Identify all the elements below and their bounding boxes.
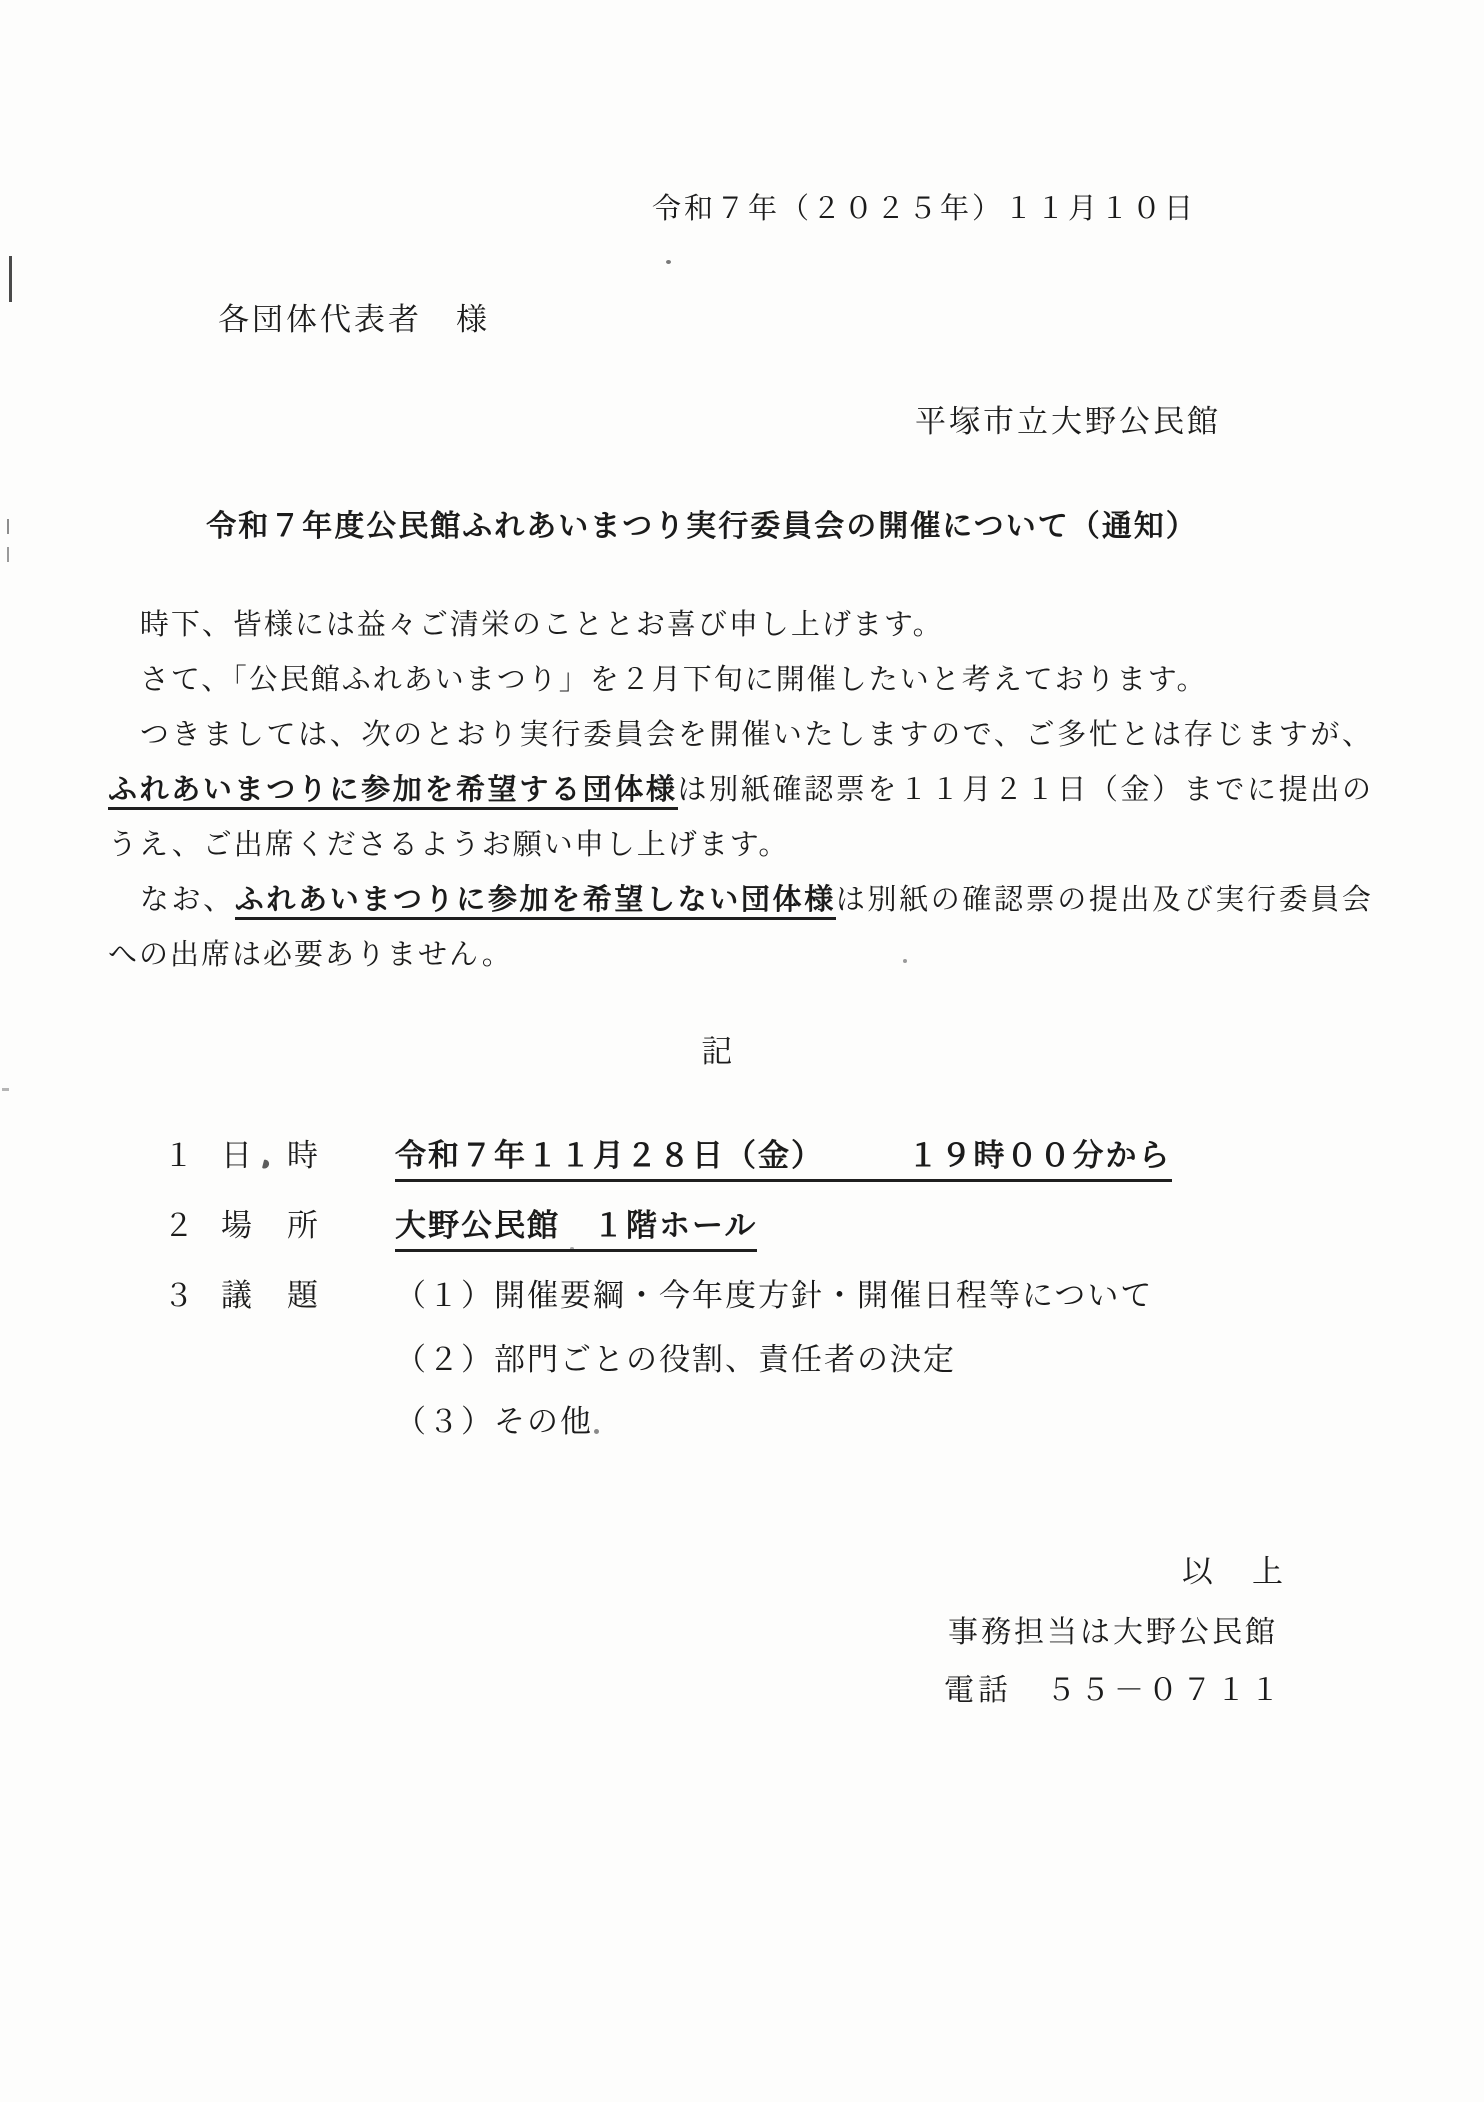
item-value-datetime: 令和７年１１月２８日（金） １９時００分から <box>395 1136 1172 1182</box>
item-label-agenda: 議 題 <box>221 1276 395 1316</box>
body-text: 時下、皆様には益々ご清栄のこととお喜び申し上げます。 さて、「公民館ふれあいまつ… <box>108 597 1373 982</box>
detail-row-place: ２ 場 所 大野公民館 １階ホール <box>163 1206 1172 1252</box>
document-date: 令和７年（２０２５年）１１月１０日 <box>652 186 1196 227</box>
document-title: 令和７年度公民館ふれあいまつり実行委員会の開催について（通知） <box>0 501 1404 545</box>
agenda-item-1: （１）開催要綱・今年度方針・開催日程等について <box>395 1276 1153 1316</box>
agenda-item-2: （２）部門ごとの役割、責任者の決定 <box>395 1340 1172 1380</box>
addressee: 各団体代表者 様 <box>218 294 490 339</box>
item-number: ２ <box>163 1206 221 1246</box>
paragraph-announcement: さて、「公民館ふれあいまつり」を２月下旬に開催したいと考えております。 <box>108 652 1373 707</box>
emphasis-participating-groups: ふれあいまつりに参加を希望する団体様 <box>108 772 678 810</box>
note-text-before: なお、 <box>140 882 235 916</box>
item-value-place: 大野公民館 １階ホール <box>395 1206 757 1252</box>
sender-organization: 平塚市立大野公民館 <box>915 396 1221 441</box>
paragraph-request: つきましては、次のとおり実行委員会を開催いたしますので、ご多忙とは存じますが、ふ… <box>108 707 1373 872</box>
item-number: ３ <box>163 1276 221 1316</box>
document-page: 令和７年（２０２５年）１１月１０日 各団体代表者 様 平塚市立大野公民館 令和７… <box>0 0 1484 2102</box>
contact-phone: 電話 ５５－０７１１ <box>944 1665 1284 1709</box>
request-text-before: つきましては、次のとおり実行委員会を開催いたしますので、ご多忙とは存じますが、 <box>140 717 1373 751</box>
emphasis-non-participating-groups: ふれあいまつりに参加を希望しない団体様 <box>235 882 836 920</box>
scan-artifact-tick <box>2 1088 9 1091</box>
contact-office: 事務担当は大野公民館 <box>948 1607 1278 1651</box>
scan-artifact-dot <box>666 260 671 264</box>
item-number: １ <box>163 1136 221 1176</box>
detail-row-datetime: １ 日 時 令和７年１１月２８日（金） １９時００分から <box>163 1136 1172 1182</box>
closing-mark: 以 上 <box>1182 1546 1287 1591</box>
scan-artifact-edge-line <box>9 256 12 302</box>
paragraph-greeting: 時下、皆様には益々ご清栄のこととお喜び申し上げます。 <box>108 597 1373 652</box>
item-label-place: 場 所 <box>221 1206 395 1246</box>
record-marker: 記 <box>0 1026 1436 1071</box>
detail-row-agenda: ３ 議 題 （１）開催要綱・今年度方針・開催日程等について <box>163 1276 1172 1316</box>
paragraph-note: なお、ふれあいまつりに参加を希望しない団体様は別紙の確認票の提出及び実行委員会へ… <box>108 872 1373 982</box>
detail-list: １ 日 時 令和７年１１月２８日（金） １９時００分から ２ 場 所 大野公民館… <box>163 1136 1172 1464</box>
agenda-item-3: （３）その他 <box>395 1402 1172 1442</box>
item-label-datetime: 日 時 <box>221 1136 395 1176</box>
scan-artifact-tick <box>7 547 9 562</box>
